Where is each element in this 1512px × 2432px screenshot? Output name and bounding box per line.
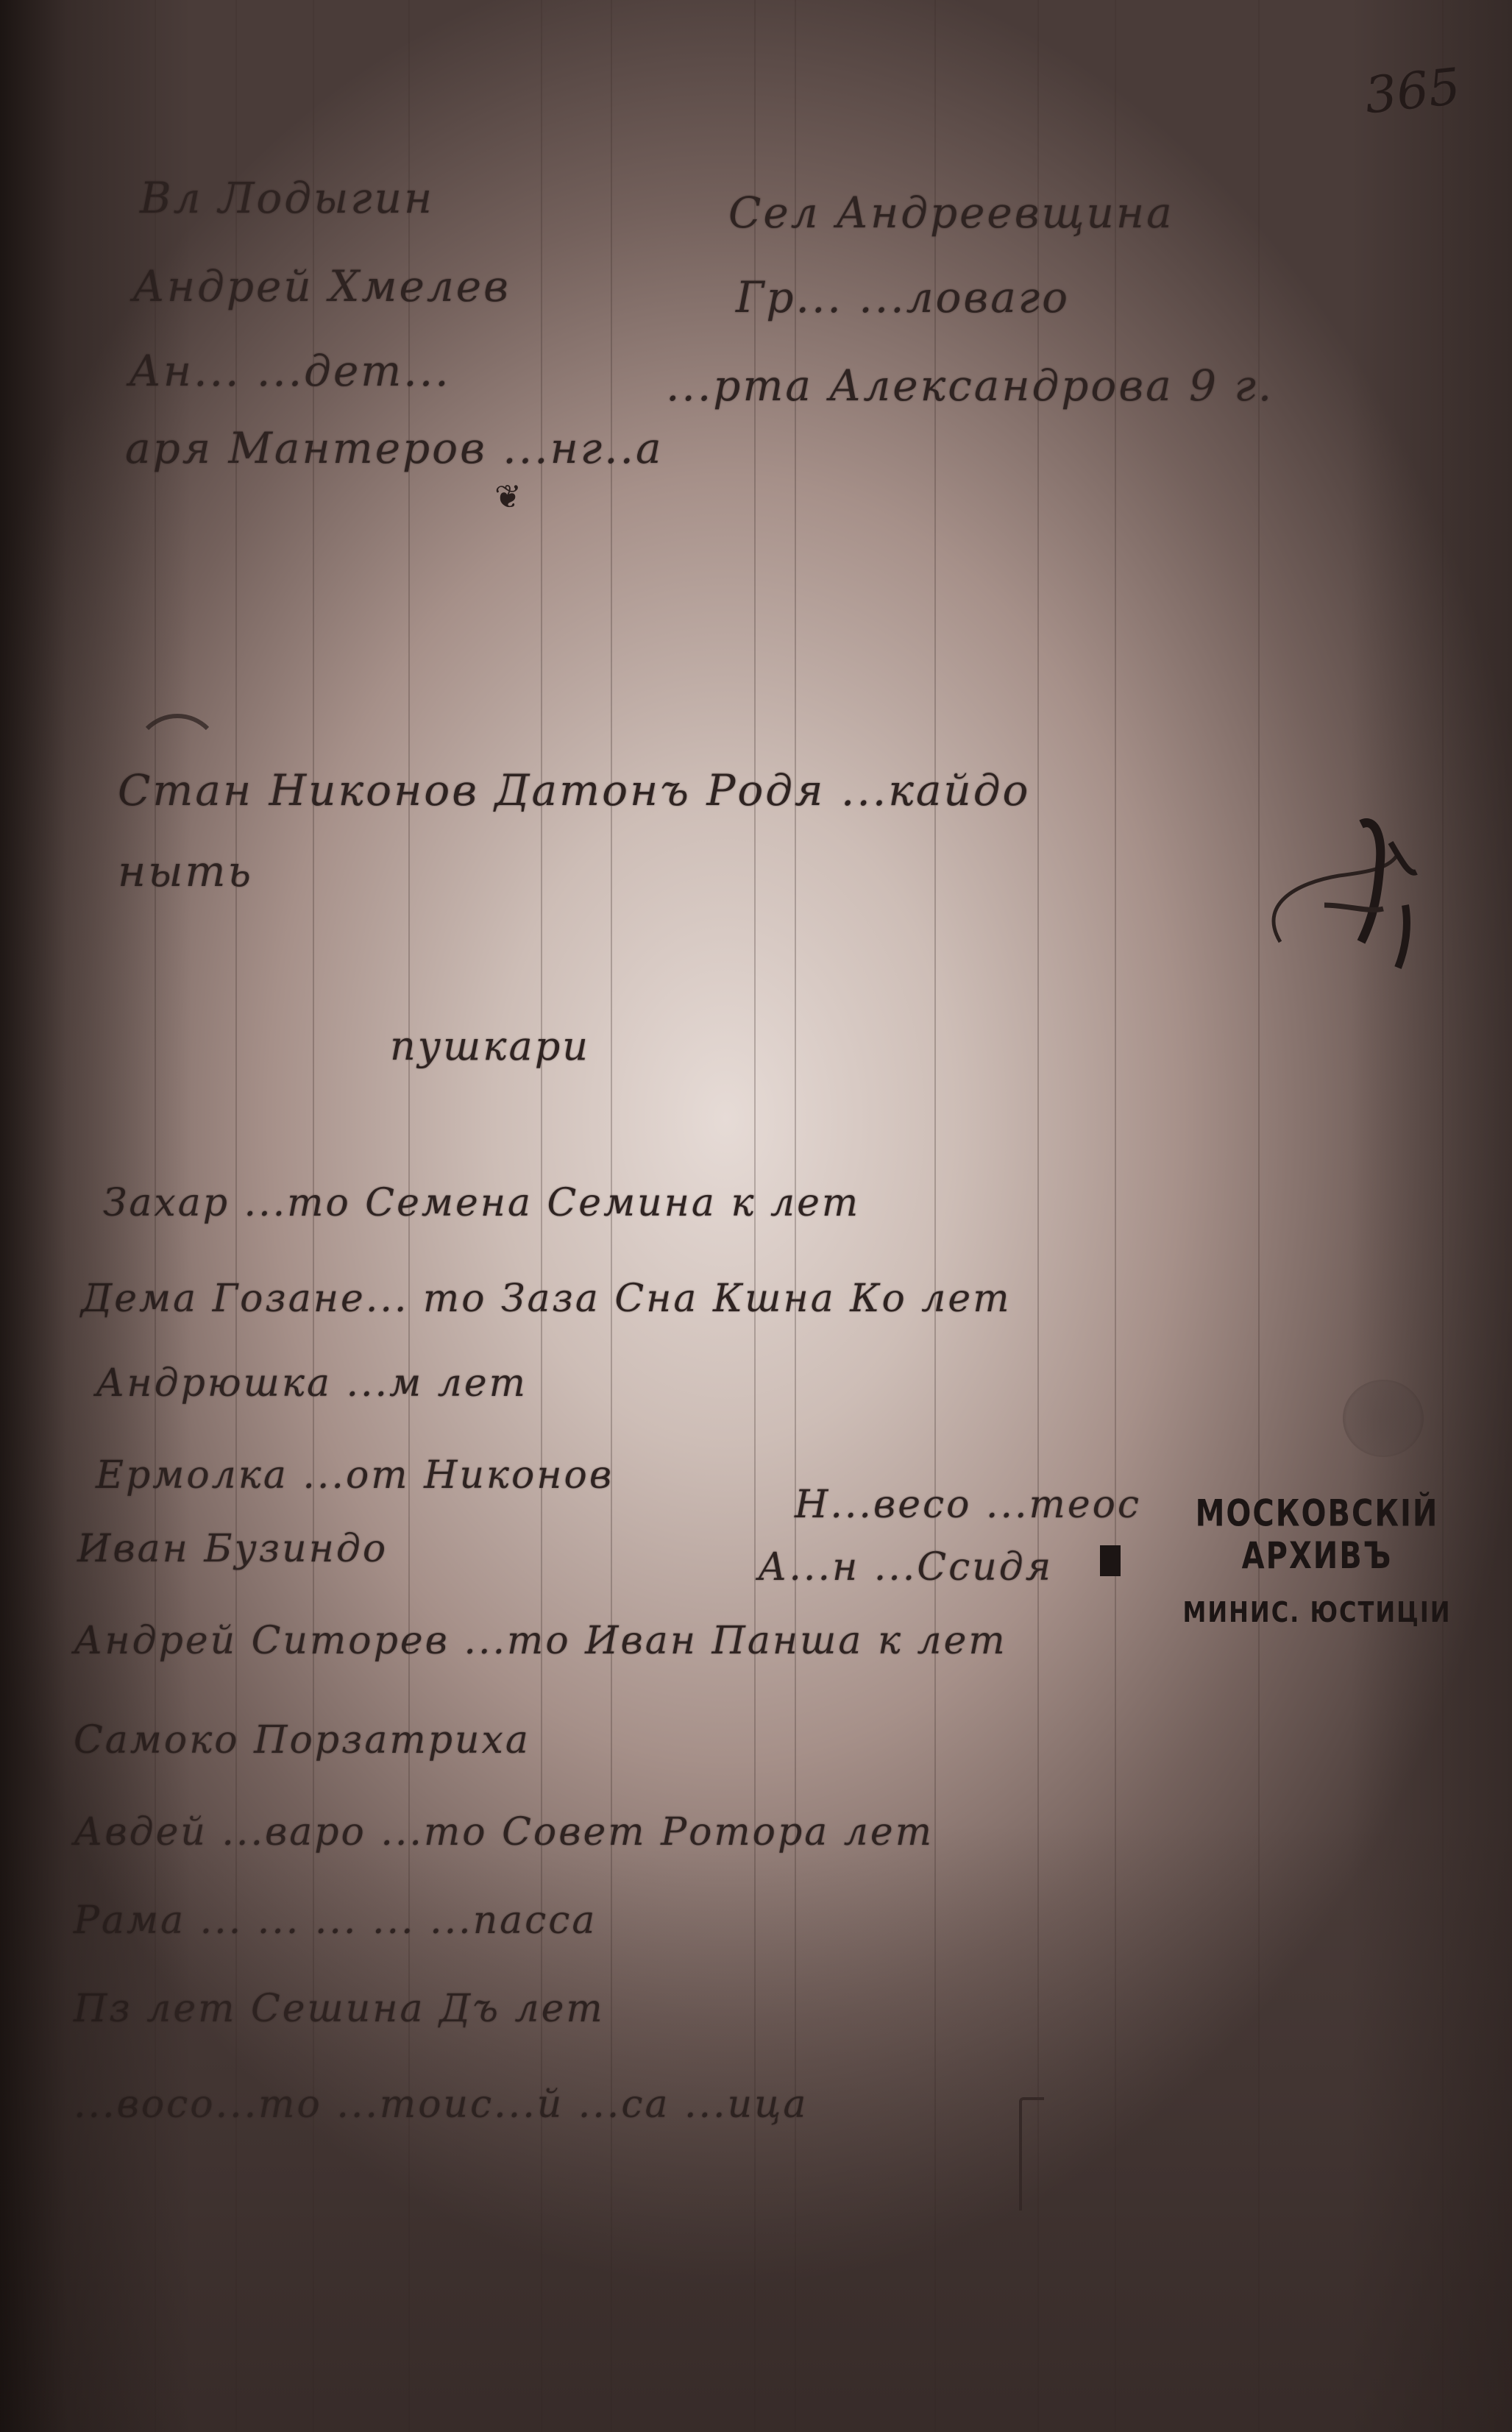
entry-row: Пз лет Сешина Дъ лет <box>74 1987 605 2031</box>
header-left-line-3: Ан... ...дет... <box>129 346 451 396</box>
section-heading: пушкари <box>390 1023 590 1069</box>
stamp-line-1: МОСКОВСКІЙ АРХИВЪ <box>1163 1493 1472 1578</box>
header-right-line-1: Сел Андреевщина <box>728 188 1174 238</box>
margin-bracket <box>1019 2097 1044 2211</box>
stamp-mark <box>1100 1545 1121 1576</box>
header-right-line-2: Гр... ...ловаго <box>736 272 1070 322</box>
entry-row: Самоко Порзатриха <box>74 1718 530 1762</box>
archive-stamp: МОСКОВСКІЙ АРХИВЪ МИНИС. ЮСТИЦІИ <box>1163 1501 1472 1626</box>
entry-row: Дема Гозане... то Заза Сна Кшна Ко лет <box>81 1277 1012 1321</box>
section-1-line-1: Стан Никонов Датонъ Родя ...кайдо <box>118 765 1030 815</box>
manuscript-page: 365 Вл Лодыгин Андрей Хмелев Ан... ...де… <box>0 0 1512 2432</box>
right-annotation-2: А...н ...Ссидя <box>758 1545 1053 1589</box>
stain <box>1343 1380 1424 1457</box>
stamp-line-2: МИНИС. ЮСТИЦІИ <box>1163 1595 1472 1629</box>
right-annotation-1: Н...весо ...теос <box>795 1483 1141 1527</box>
entry-row: Ермолка ...от Никонов <box>96 1453 614 1497</box>
entry-row: Рама ... ... ... ... ...пасса <box>74 1899 597 1943</box>
header-left-line-2: Андрей Хмелев <box>132 261 511 311</box>
entry-row: Иван Бузиндо <box>77 1527 388 1571</box>
header-right-line-3: ...рта Александрова 9 г. <box>666 361 1274 411</box>
header-left-line-1: Вл Лодыгин <box>140 173 434 223</box>
header-full-line: аря Мантеров ...нг..а <box>125 423 664 473</box>
section-1-line-2: ныть <box>118 846 253 896</box>
entry-row: Захар ...то Семена Семина к лет <box>103 1181 860 1225</box>
folio-number: 365 <box>1362 57 1463 125</box>
entry-row: Андрей Ситорев ...то Иван Панша к лет <box>74 1619 1007 1663</box>
ornament-mark: ❦ <box>494 478 522 516</box>
entry-row: Андрюшка ...м лет <box>96 1361 528 1405</box>
entry-row: ...восо...то ...тоис...й ...са ...ица <box>74 2082 808 2127</box>
entry-row: Авдей ...варо ...то Совет Ротора лет <box>74 1810 934 1854</box>
margin-monogram-icon <box>1251 795 1442 971</box>
